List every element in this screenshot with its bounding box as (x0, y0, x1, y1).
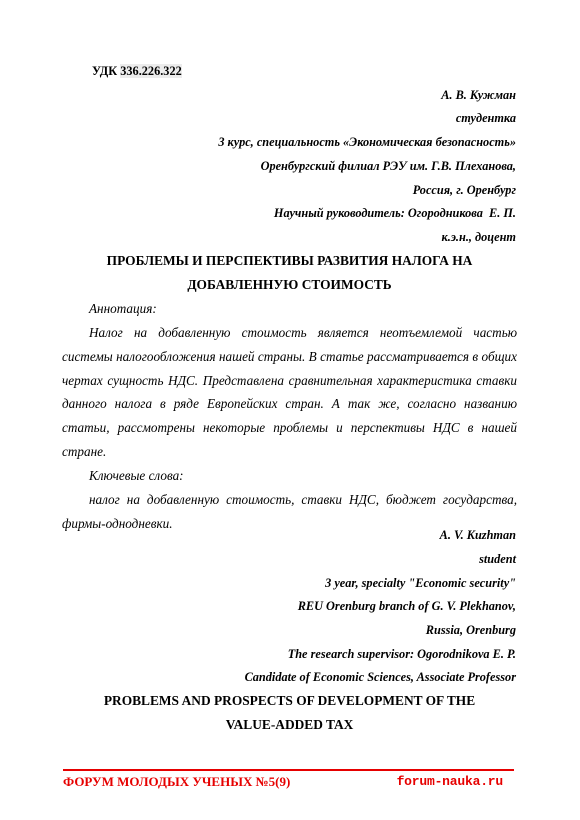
author-location-ru: Россия, г. Оренбург (413, 182, 516, 198)
title-ru-line2: ДОБАВЛЕННУЮ СТОИМОСТЬ (62, 273, 517, 297)
supervisor-en: The research supervisor: Ogorodnikova E.… (288, 646, 516, 662)
footer-divider (63, 769, 514, 771)
journal-name: ФОРУМ МОЛОДЫХ УЧЕНЫХ №5(9) (63, 774, 290, 790)
article-title-ru: ПРОБЛЕМЫ И ПЕРСПЕКТИВЫ РАЗВИТИЯ НАЛОГА Н… (62, 249, 517, 297)
supervisor-degree-en: Candidate of Economic Sciences, Associat… (245, 669, 516, 685)
title-en-line1: PROBLEMS AND PROSPECTS OF DEVELOPMENT OF… (62, 689, 517, 713)
author-status-en: student (479, 551, 516, 567)
abstract-label: Аннотация: (62, 297, 517, 321)
author-name-ru: А. В. Кужман (441, 87, 516, 103)
author-affiliation-en: REU Orenburg branch of G. V. Plekhanov, (298, 598, 516, 614)
udk-number: 336.226.322 (120, 64, 181, 78)
author-status-ru: студентка (456, 110, 516, 126)
abstract-text: Налог на добавленную стоимость является … (62, 321, 517, 464)
supervisor-ru: Научный руководитель: Огородникова Е. П. (274, 205, 516, 221)
udk-label: УДК (92, 64, 117, 78)
author-location-en: Russia, Orenburg (426, 622, 516, 638)
title-en-line2: VALUE-ADDED TAX (62, 713, 517, 737)
journal-website[interactable]: forum-nauka.ru (397, 774, 503, 790)
author-course-en: 3 year, specialty "Economic security" (325, 575, 516, 591)
supervisor-degree-ru: к.э.н., доцент (442, 229, 516, 245)
udk-line: УДК 336.226.322 (92, 63, 182, 79)
keywords-label: Ключевые слова: (62, 464, 517, 488)
author-affiliation-ru: Оренбургский филиал РЭУ им. Г.В. Плехано… (261, 158, 516, 174)
title-ru-line1: ПРОБЛЕМЫ И ПЕРСПЕКТИВЫ РАЗВИТИЯ НАЛОГА Н… (62, 249, 517, 273)
document-page: УДК 336.226.322 А. В. Кужман студентка 3… (0, 0, 580, 820)
author-course-ru: 3 курс, специальность «Экономическая без… (218, 134, 516, 150)
article-title-en: PROBLEMS AND PROSPECTS OF DEVELOPMENT OF… (62, 689, 517, 737)
author-name-en: A. V. Kuzhman (440, 527, 516, 543)
